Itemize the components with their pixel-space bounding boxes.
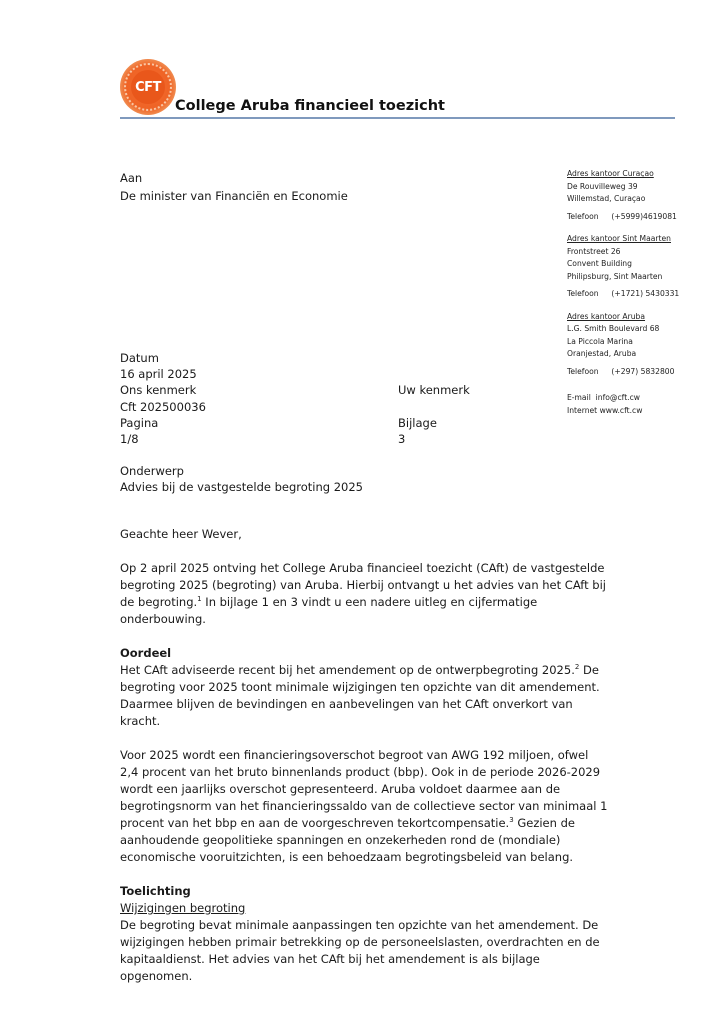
phone-number: (+297) 5832800 [611, 367, 674, 376]
office-title: Adres kantoor Curaçao [567, 168, 707, 181]
logo-ring [124, 63, 172, 111]
bijlage-label: Bijlage [398, 415, 437, 431]
office-address-line: Philipsburg, Sint Maarten [567, 271, 707, 284]
wijzigingen-subheading: Wijzigingen begroting [120, 900, 610, 917]
intro-paragraph: Op 2 april 2025 ontving het College Arub… [120, 560, 610, 628]
onderwerp-value: Advies bij de vastgestelde begroting 202… [120, 479, 600, 495]
phone-number: (+5999)4619081 [611, 212, 676, 221]
bijlage-value: 3 [398, 431, 405, 447]
datum-label: Datum [120, 350, 600, 366]
phone-label: Telefoon [567, 288, 609, 301]
oordeel-paragraph: Het CAft adviseerde recent bij het amend… [120, 662, 610, 730]
office-address-line: Frontstreet 26 [567, 246, 707, 259]
cft-logo: CFT [120, 59, 176, 115]
wijzigingen-paragraph: De begroting bevat minimale aanpassingen… [120, 917, 610, 985]
uw-kenmerk-label: Uw kenmerk [398, 382, 470, 398]
recipient-name: De minister van Financiën en Economie [120, 187, 348, 205]
kenmerk-row: Ons kenmerk Uw kenmerk [120, 382, 600, 398]
header-divider [120, 117, 675, 119]
phone-label: Telefoon [567, 211, 609, 224]
recipient-label: Aan [120, 169, 348, 187]
ons-kenmerk-label: Ons kenmerk [120, 382, 398, 398]
office-address-line: Convent Building [567, 258, 707, 271]
ons-kenmerk-value: Cft 202500036 [120, 399, 398, 415]
salutation: Geachte heer Wever, [120, 526, 610, 543]
office-curacao: Adres kantoor Curaçao De Rouvilleweg 39 … [567, 168, 707, 223]
letter-body: Geachte heer Wever, Op 2 april 2025 ontv… [120, 526, 610, 985]
toelichting-heading: Toelichting [120, 883, 610, 900]
letter-metadata: Datum 16 april 2025 Ons kenmerk Uw kenme… [120, 350, 600, 496]
pagina-value: 1/8 [120, 431, 398, 447]
office-address-line: L.G. Smith Boulevard 68 [567, 323, 707, 336]
website-link[interactable]: www.cft.cw [600, 406, 643, 415]
pagina-label: Pagina [120, 415, 398, 431]
email-link[interactable]: info@cft.cw [596, 393, 640, 402]
office-sint-maarten: Adres kantoor Sint Maarten Frontstreet 2… [567, 233, 707, 301]
office-phone: Telefoon (+1721) 5430331 [567, 288, 707, 301]
onderwerp-label: Onderwerp [120, 463, 600, 479]
office-address-line: Willemstad, Curaçao [567, 193, 707, 206]
recipient-block: Aan De minister van Financiën en Economi… [120, 169, 348, 205]
phone-number: (+1721) 5430331 [611, 289, 679, 298]
financing-paragraph: Voor 2025 wordt een financieringsoversch… [120, 747, 610, 866]
office-address-line: La Piccola Marina [567, 336, 707, 349]
pagina-row: Pagina Bijlage [120, 415, 600, 431]
kenmerk-values-row: Cft 202500036 [120, 399, 600, 415]
organization-name: College Aruba financieel toezicht [175, 98, 445, 114]
office-phone: Telefoon (+5999)4619081 [567, 211, 707, 224]
office-title: Adres kantoor Aruba [567, 311, 707, 324]
pagina-values-row: 1/8 3 [120, 431, 600, 447]
office-title: Adres kantoor Sint Maarten [567, 233, 707, 246]
datum-value: 16 april 2025 [120, 366, 600, 382]
oordeel-heading: Oordeel [120, 645, 610, 662]
office-address-line: De Rouvilleweg 39 [567, 181, 707, 194]
